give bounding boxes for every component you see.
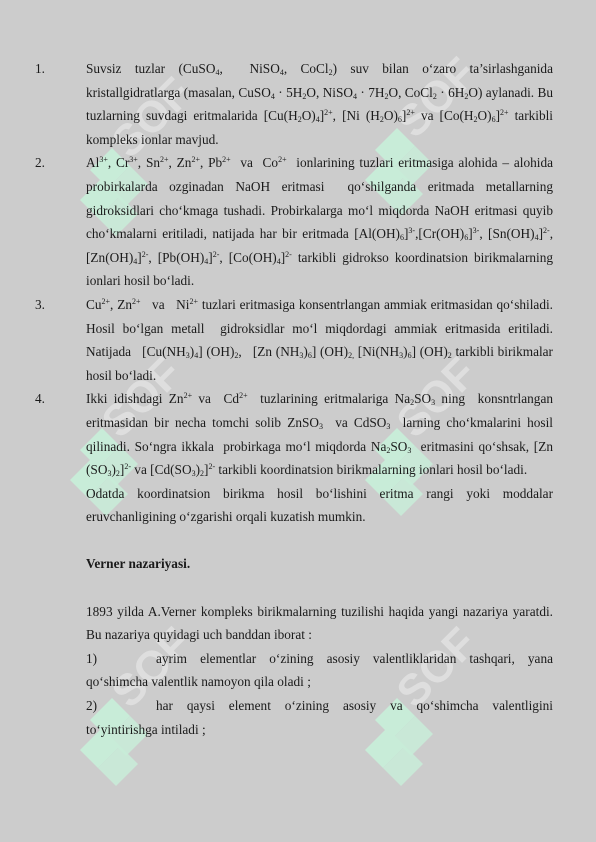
- observation-note: Odatda koordinatsion birikma hosil bo‘li…: [35, 482, 553, 529]
- section-heading: Verner nazariyasi.: [35, 552, 553, 576]
- list-item-number: 3.: [35, 293, 86, 387]
- list-item-number: 1.: [35, 57, 86, 151]
- list-item-number: 4.: [35, 387, 86, 481]
- intro-paragraph: 1893 yilda A.Verner kompleks birikmalarn…: [35, 600, 553, 647]
- spacer: [35, 529, 553, 553]
- point-continuation: qo‘shimcha valentlik namoyon qila oladi …: [86, 670, 553, 694]
- list-item: 2. Al3+, Cr3+, Sn2+, Zn2+, Pb2+ va Co2+ …: [35, 151, 553, 293]
- point-label: 1): [86, 647, 156, 671]
- list-item-text: Suvsiz tuzlar (CuSO4, NiSO4, CoCl2) suv …: [86, 57, 553, 151]
- document-page: SOF 1. Suvsiz tuzlar (CuSO4, NiSO4, CoCl…: [0, 0, 596, 842]
- list-item: 1. Suvsiz tuzlar (CuSO4, NiSO4, CoCl2) s…: [35, 57, 553, 151]
- point-first-line: har qaysi element o‘zining asosiy va qo‘…: [156, 694, 553, 718]
- point-first-line: ayrim elementlar o‘zining asosiy valentl…: [156, 647, 553, 671]
- document-body: 1. Suvsiz tuzlar (CuSO4, NiSO4, CoCl2) s…: [35, 57, 553, 741]
- list-item-text: Al3+, Cr3+, Sn2+, Zn2+, Pb2+ va Co2+ ion…: [86, 151, 553, 293]
- list-item-number: 2.: [35, 151, 86, 293]
- theory-point-2: 2) har qaysi element o‘zining asosiy va …: [35, 694, 553, 741]
- theory-point-1: 1) ayrim elementlar o‘zining asosiy vale…: [35, 647, 553, 694]
- list-item: 3. Cu2+, Zn2+ va Ni2+ tuzlari eritmasiga…: [35, 293, 553, 387]
- point-label: 2): [86, 694, 156, 718]
- point-continuation: to‘yintirishga intiladi ;: [86, 718, 553, 742]
- list-item-text: Ikki idishdagi Zn2+ va Cd2+ tuzlarining …: [86, 387, 553, 481]
- list-item: 4. Ikki idishdagi Zn2+ va Cd2+ tuzlarini…: [35, 387, 553, 481]
- list-item-text: Cu2+, Zn2+ va Ni2+ tuzlari eritmasiga ko…: [86, 293, 553, 387]
- spacer: [35, 576, 553, 600]
